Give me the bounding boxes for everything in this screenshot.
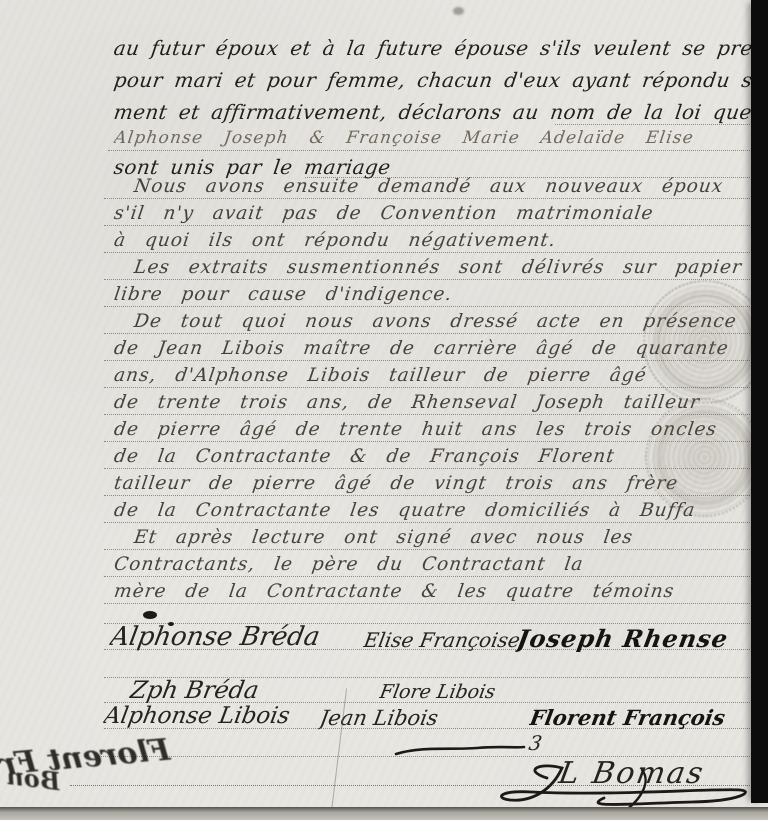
signature-elise-francoise: Elise Françoise: [362, 628, 522, 652]
body-line-names: Alphonse Joseph & Françoise Marie Adelaï…: [112, 128, 756, 154]
body-line: ment et affirmativement, déclarons au no…: [112, 100, 756, 126]
ink-blot: [168, 622, 174, 626]
body-line: de la Contractante les quatre domiciliés…: [112, 500, 756, 526]
signature-joseph-rhense: Joseph Rhense: [515, 624, 757, 653]
signature-flore-libois: Flore Libois: [378, 681, 497, 703]
stamp-inner-ring: [660, 413, 749, 502]
body-line: Et après lecture ont signé avec nous les: [112, 527, 756, 553]
body-line: s'il n'y avait pas de Convention matrimo…: [112, 203, 756, 229]
circular-ink-stamp-upper: [643, 280, 767, 404]
signature-alphonse-libois: Alphonse Libois: [102, 703, 292, 729]
body-line: Contractants, le père du Contractant la: [112, 554, 756, 580]
body-line: pour mari et pour femme, chacun d'eux ay…: [112, 68, 756, 94]
body-line: mère de la Contractante & les quatre tém…: [112, 581, 756, 607]
body-line: Les extraits susmentionnés sont délivrés…: [112, 257, 756, 283]
signature-jean-libois: Jean Libois: [318, 706, 440, 730]
circular-ink-stamp-lower: [645, 398, 764, 517]
body-line: Nous avons ensuite demandé aux nouveaux …: [112, 176, 756, 202]
paper-smudge: [453, 7, 464, 15]
body-line: à quoi ils ont répondu négativement.: [112, 230, 756, 256]
signature-alphonse-breda: Alphonse Bréda: [108, 622, 322, 652]
signature-zph-breda: Zph Bréda: [128, 676, 261, 704]
body-line: de trente trois ans, de Rhenseval Joseph…: [112, 392, 756, 418]
stamp-inner-ring: [658, 295, 752, 389]
scan-edge-bottom: [0, 807, 768, 820]
body-line: au futur époux et à la future épouse s'i…: [112, 36, 756, 62]
signature-florent-francois: Florent François: [528, 705, 756, 730]
scanned-marriage-record-page: au futur époux et à la future épouse s'i…: [0, 0, 768, 820]
scan-edge-right: [751, 0, 768, 803]
ink-blot: [143, 611, 157, 619]
